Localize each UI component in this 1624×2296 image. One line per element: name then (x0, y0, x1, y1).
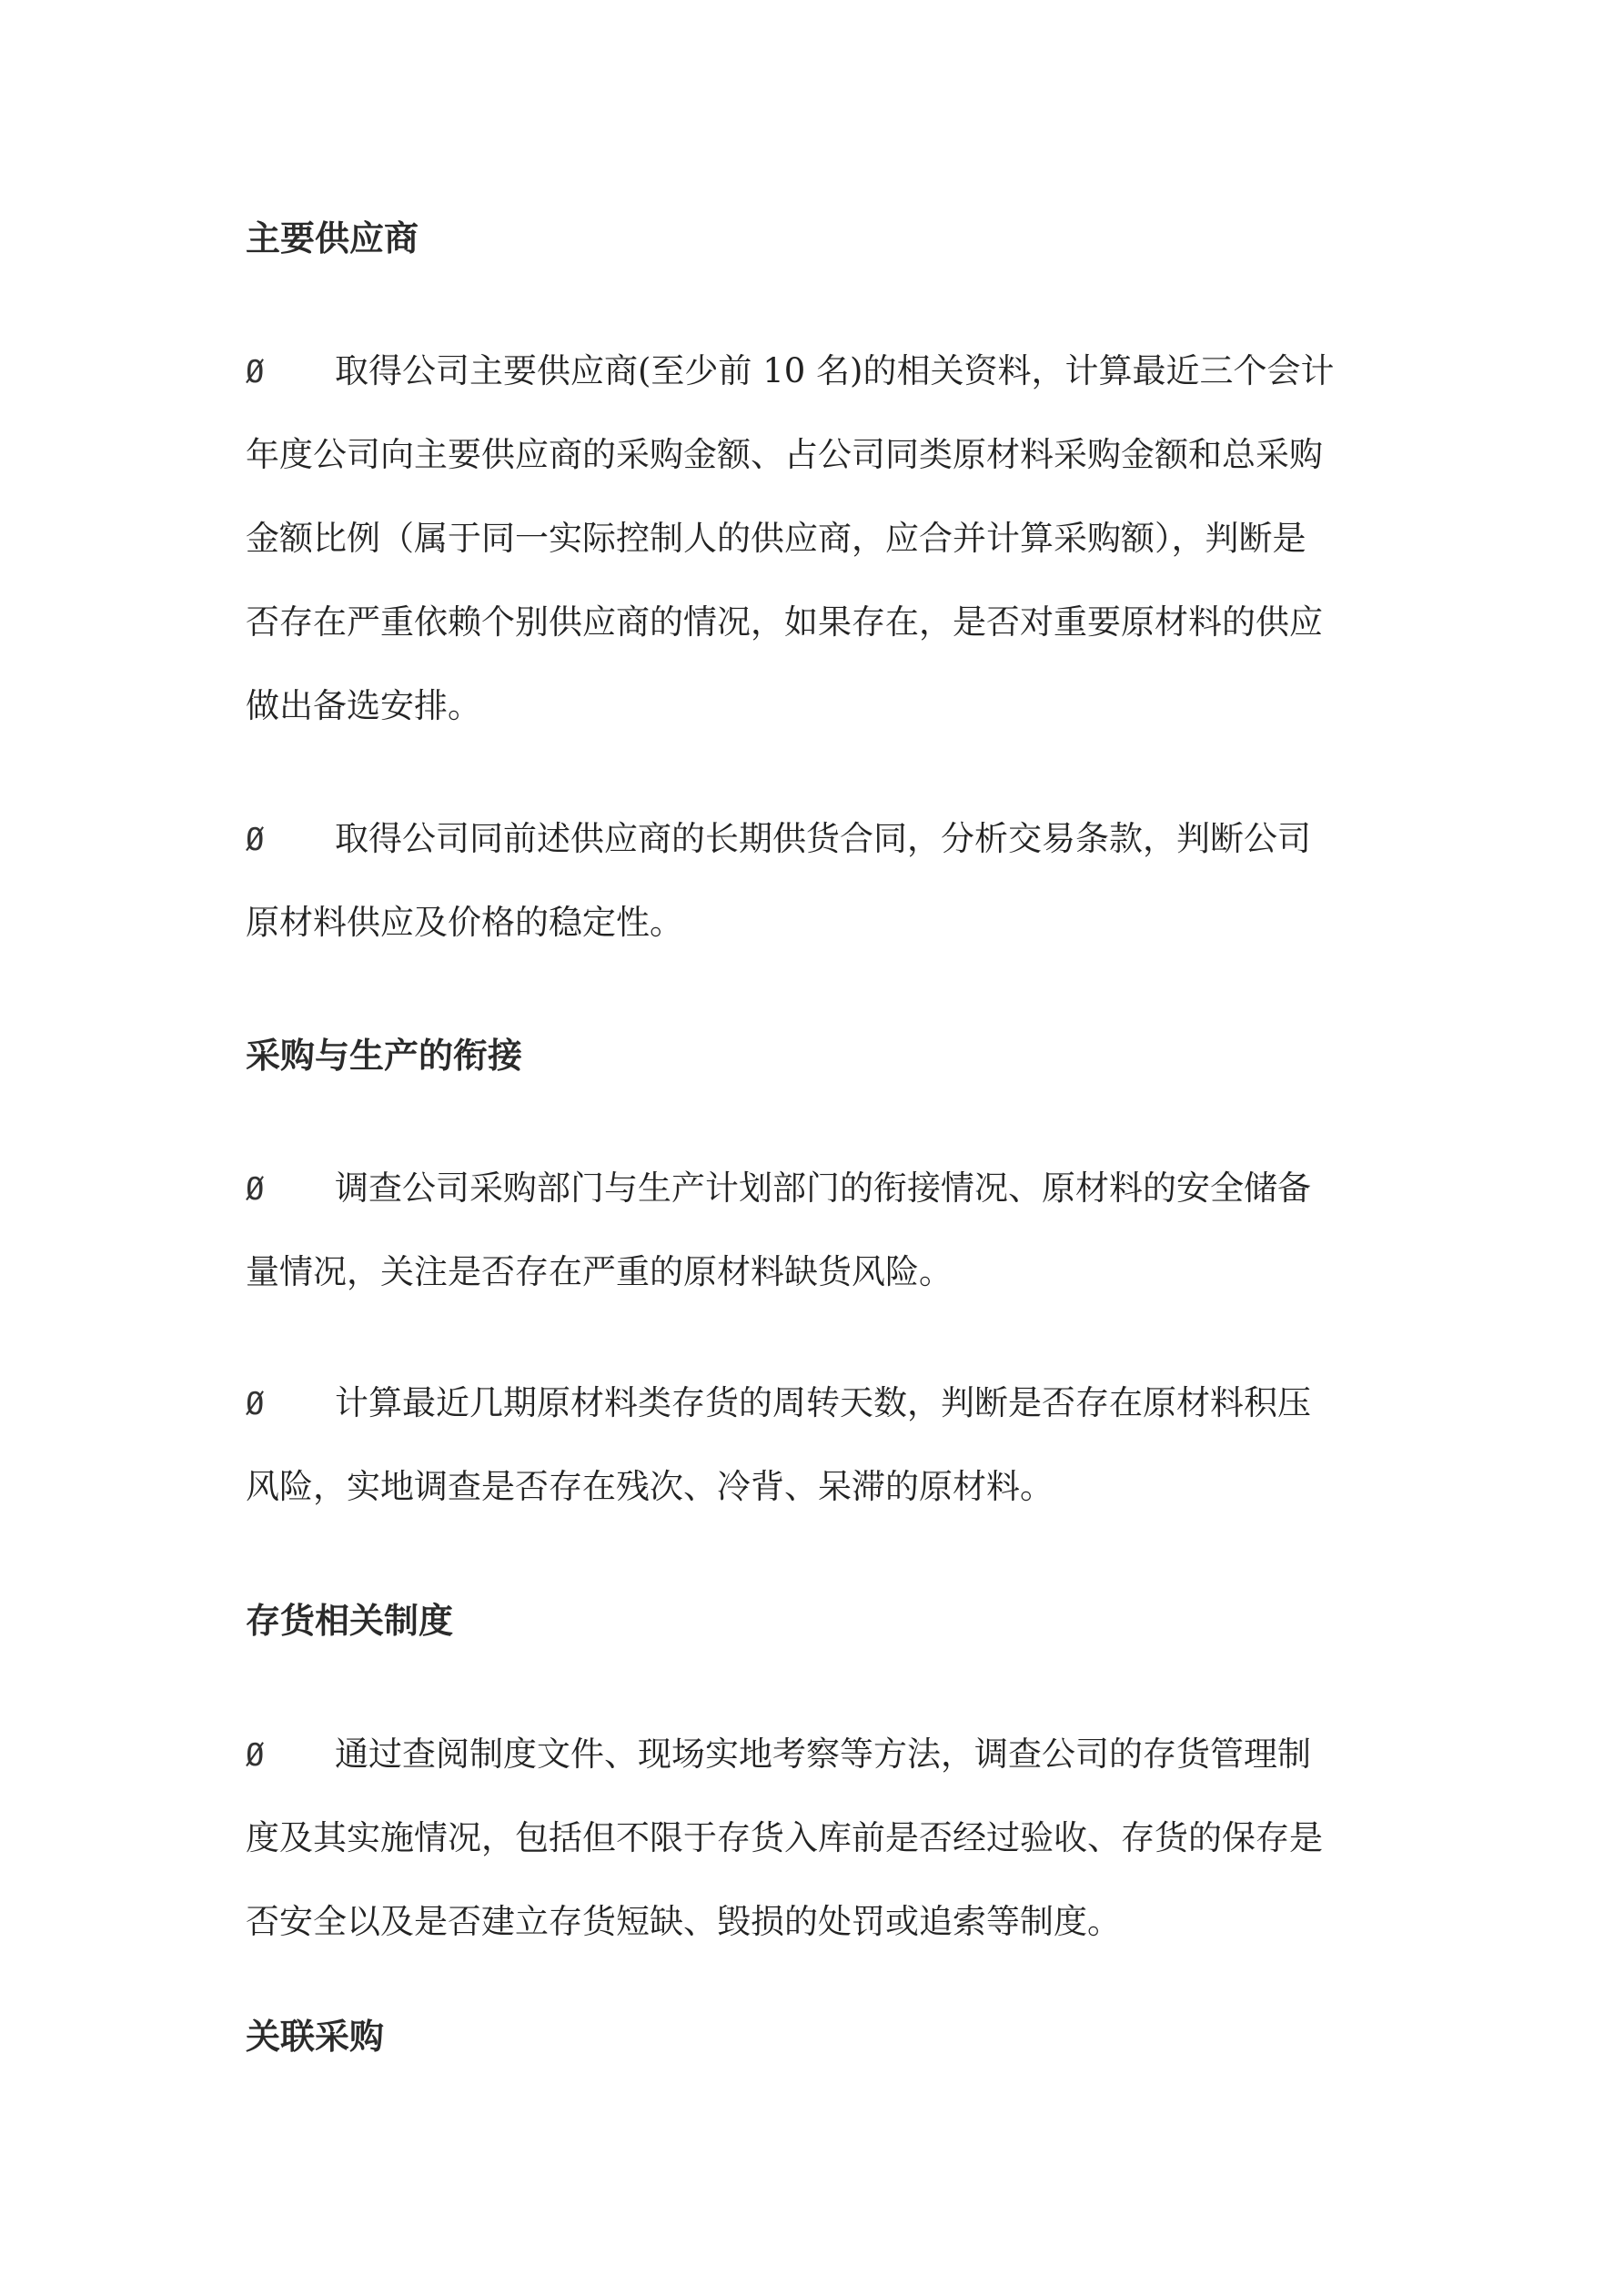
text-line: Ø调查公司采购部门与生产计划部门的衔接情况、原材料的安全储备 (246, 1147, 1401, 1230)
bullet-item-inventory-management: Ø通过查阅制度文件、现场实地考察等方法，调查公司的存货管理制 度及其实施情况，包… (246, 1713, 1401, 1964)
text-line: Ø取得公司主要供应商(至少前 10 名)的相关资料，计算最近三个会计 (246, 329, 1401, 413)
text-line: 度及其实施情况，包括但不限于存货入库前是否经过验收、存货的保存是 (246, 1796, 1401, 1880)
text-line: 风险，实地调查是否存在残次、冷背、呆滞的原材料。 (246, 1445, 1401, 1529)
text-line: 否安全以及是否建立存货短缺、毁损的处罚或追索等制度。 (246, 1880, 1401, 1964)
section-heading-procurement-production: 采购与生产的衔接 (246, 1034, 522, 1077)
bullet-item-supplier-data: Ø取得公司主要供应商(至少前 10 名)的相关资料，计算最近三个会计 年度公司向… (246, 329, 1401, 748)
bullet-item-supply-contracts: Ø取得公司同前述供应商的长期供货合同，分析交易条款，判断公司 原材料供应及价格的… (246, 797, 1401, 965)
text-line: 原材料供应及价格的稳定性。 (246, 881, 1401, 965)
text-line: 否存在严重依赖个别供应商的情况，如果存在，是否对重要原材料的供应 (246, 581, 1401, 664)
bullet-icon: Ø (246, 1148, 335, 1231)
document-page: 主要供应商 Ø取得公司主要供应商(至少前 10 名)的相关资料，计算最近三个会计… (0, 0, 1624, 2296)
text-line: 量情况，关注是否存在严重的原材料缺货风险。 (246, 1230, 1401, 1314)
text-line: 年度公司向主要供应商的采购金额、占公司同类原材料采购金额和总采购 (246, 413, 1401, 497)
text-line: 做出备选安排。 (246, 664, 1401, 748)
bullet-icon: Ø (246, 330, 335, 414)
text-line: 金额比例（属于同一实际控制人的供应商，应合并计算采购额），判断是 (246, 497, 1401, 581)
text-line: Ø通过查阅制度文件、现场实地考察等方法，调查公司的存货管理制 (246, 1713, 1401, 1796)
bullet-icon: Ø (246, 1714, 335, 1797)
bullet-item-turnover-days: Ø计算最近几期原材料类存货的周转天数，判断是否存在原材料积压 风险，实地调查是否… (246, 1361, 1401, 1529)
section-heading-related-procurement: 关联采购 (246, 2015, 384, 2058)
section-heading-major-suppliers: 主要供应商 (246, 217, 419, 260)
text-line: Ø计算最近几期原材料类存货的周转天数，判断是否存在原材料积压 (246, 1361, 1401, 1445)
text-line: Ø取得公司同前述供应商的长期供货合同，分析交易条款，判断公司 (246, 797, 1401, 881)
bullet-item-department-coordination: Ø调查公司采购部门与生产计划部门的衔接情况、原材料的安全储备 量情况，关注是否存… (246, 1147, 1401, 1314)
section-heading-inventory-policy: 存货相关制度 (246, 1599, 453, 1643)
bullet-icon: Ø (246, 1362, 335, 1446)
bullet-icon: Ø (246, 798, 335, 882)
